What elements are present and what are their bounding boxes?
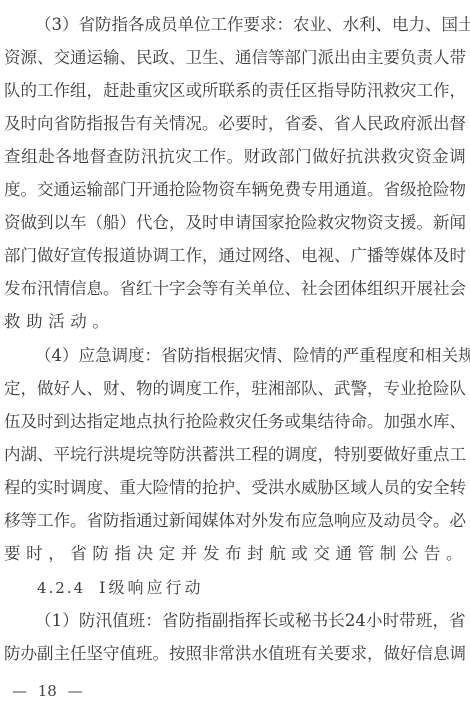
text-line: 移等工作。省防指通过新闻媒体对外发布应急响应及动员令。必: [4, 510, 466, 532]
text-line: （3）省防指各成员单位工作要求：农业、水利、电力、国土: [35, 14, 466, 36]
text-line: （4）应急调度：省防指根据灾情、险情的严重程度和相关规: [35, 345, 466, 367]
text-line: 伍及时到达指定地点执行抢险救灾任务或集结待命。加强水库、: [4, 411, 466, 433]
text-line: 内湖、平垸行洪堤垸等防洪蓄洪工程的调度，特别要做好重点工: [4, 444, 466, 466]
text-line: 资做到以车（船）代仓，及时申请国家抢险救灾物资支援。新闻: [4, 212, 466, 234]
text-line: 资源、交通运输、民政、卫生、通信等部门派出由主要负责人带: [4, 47, 466, 69]
section-number: 4.2.4: [37, 579, 85, 597]
text-line: 部门做好宣传报道协调工作，通过网络、电视、广播等媒体及时: [4, 245, 466, 267]
text-line: 查组赴各地督查防汛抗灾工作。财政部门做好抗洪救灾资金调: [4, 146, 466, 168]
text-line: 发布汛情信息。省红十字会等有关单位、社会团体组织开展社会: [4, 278, 466, 300]
text-line: （1）防汛值班：省防指副指挥长或秘书长24小时带班，省: [35, 610, 466, 632]
text-line: 定，做好人、财、物的调度工作，驻湘部队、武警，专业抢险队: [4, 378, 466, 400]
text-line: 要时，省防指决定并发布封航或交通管制公告。: [4, 543, 466, 565]
section-heading: 4.2.4Ⅰ级响应行动: [37, 577, 204, 599]
text-line: 程的实时调度、重大险情的抢护、受洪水威胁区域人员的安全转: [4, 477, 466, 499]
text-line: 防办副主任坚守值班。按照非常洪水值班有关要求，做好信息调: [4, 643, 466, 665]
text-line: 救助活动。: [4, 311, 466, 333]
page-number: — 18 —: [12, 682, 83, 700]
text-line: 及时向省防指报告有关情况。必要时，省委、省人民政府派出督: [4, 113, 466, 135]
text-line: 度。交通运输部门开通抢险物资车辆免费专用通道。省级抢险物: [4, 179, 466, 201]
text-line: 队的工作组，赶赴重灾区或所联系的责任区指导防汛救灾工作，: [4, 80, 466, 102]
section-title: Ⅰ级响应行动: [99, 578, 203, 597]
